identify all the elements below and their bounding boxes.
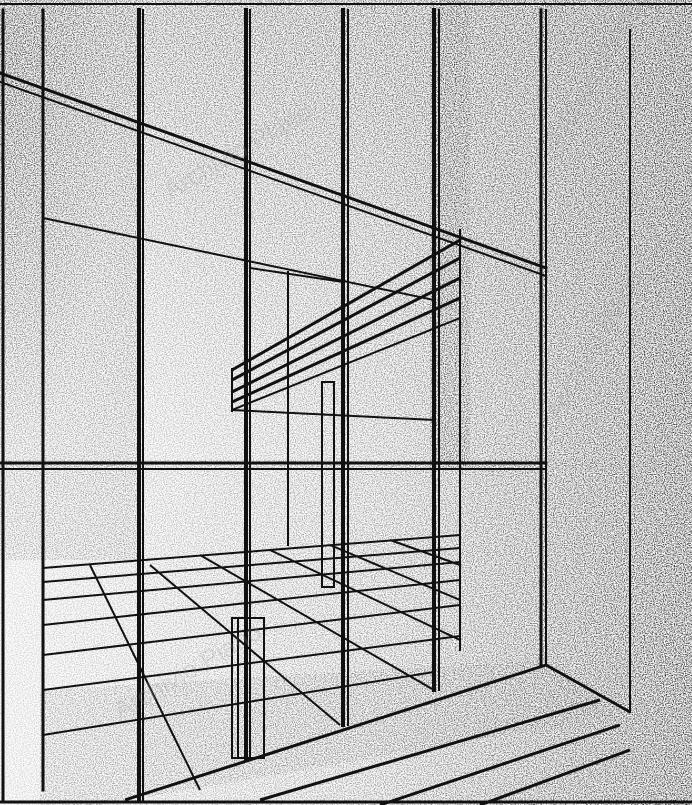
stipple-texture — [0, 0, 692, 805]
architectural-drawing: Archivio Piano Archivio Piano Archivio P… — [0, 0, 692, 805]
